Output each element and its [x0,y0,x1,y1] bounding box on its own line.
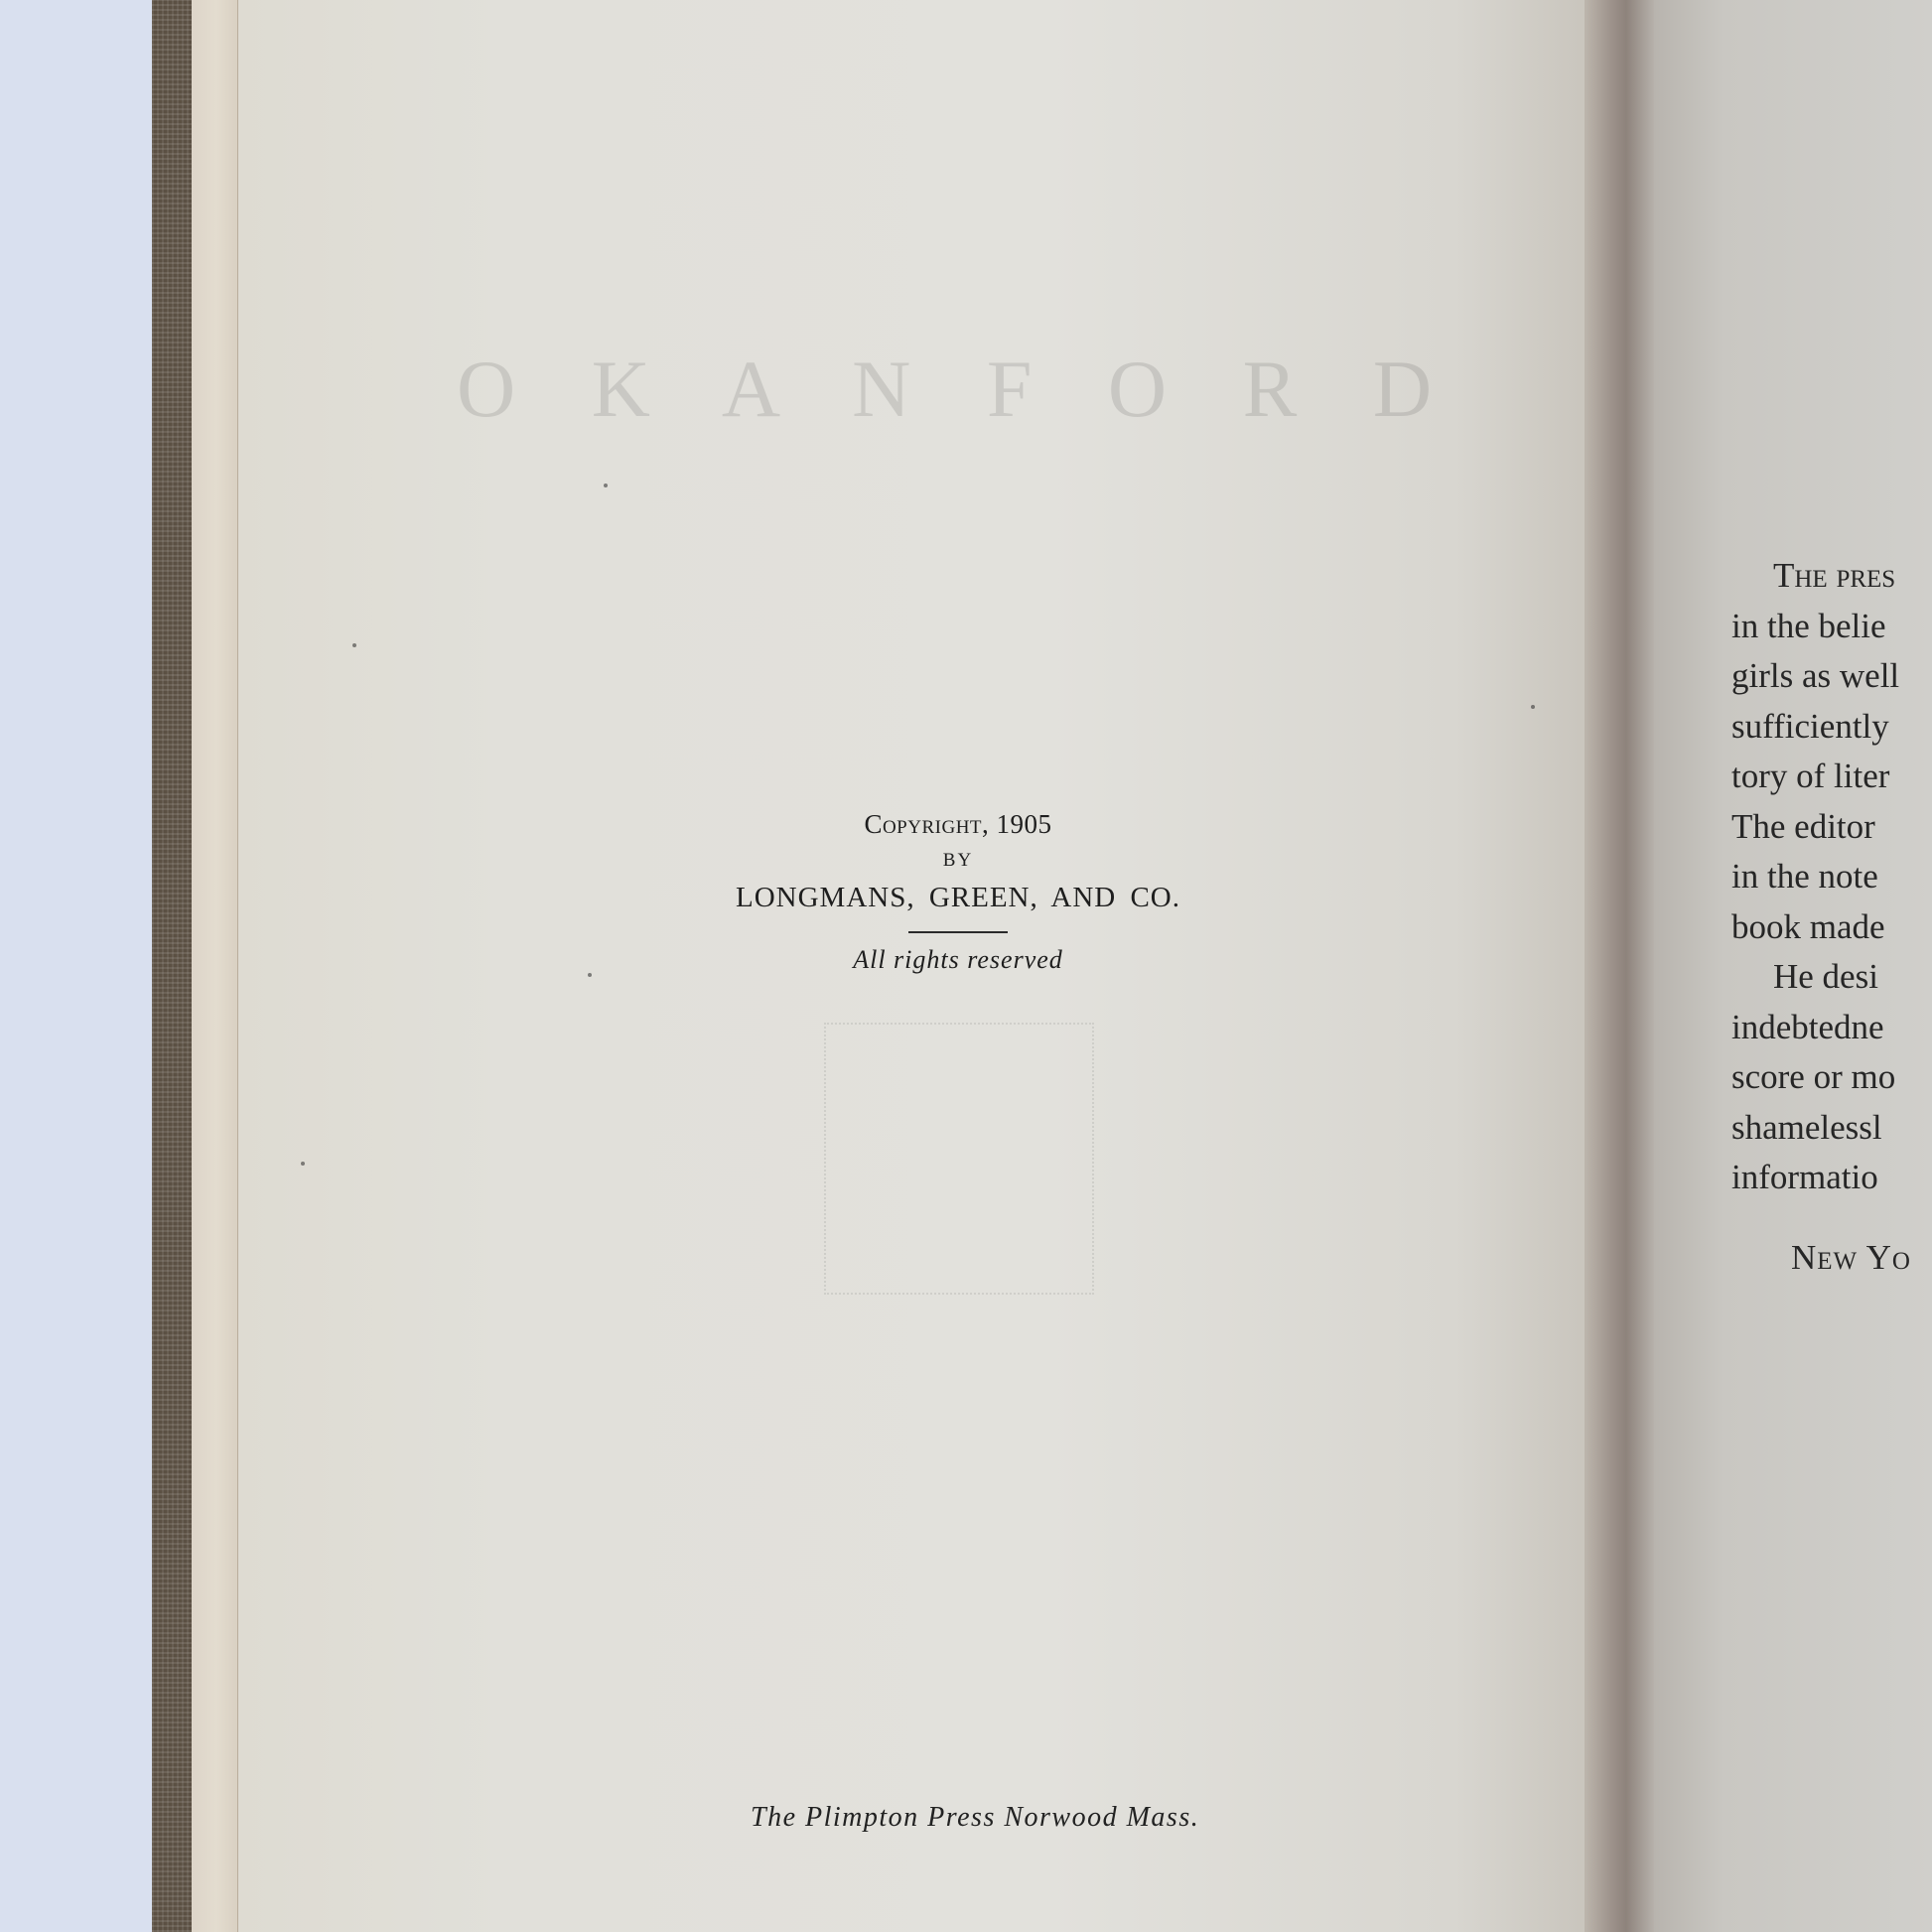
divider-rule [908,931,1008,933]
preface-text: The pres in the belie girls as well suff… [1731,551,1932,1283]
show-through-publisher-device [824,1023,1094,1295]
preface-line: sufficiently [1731,702,1932,753]
book-spine-cloth [152,0,192,1932]
copyright-block: Copyright, 1905 BY LONGMANS, GREEN, AND … [635,806,1281,975]
preface-line: informatio [1731,1153,1932,1203]
preface-line: indebtedne [1731,1003,1932,1053]
preface-line: tory of liter [1731,752,1932,802]
paper-speck [588,973,592,977]
endpaper-edge [192,0,238,1932]
rights-reserved: All rights reserved [635,945,1281,975]
preface-line: girls as well [1731,651,1932,702]
copyright-line: Copyright, 1905 [635,806,1281,842]
preface-line: He desi [1731,952,1932,1003]
paper-speck [301,1162,305,1166]
show-through-title: O K A N F O R D [457,343,1459,436]
publisher-name: LONGMANS, GREEN, AND CO. [635,878,1281,917]
paper-speck [1531,705,1535,709]
preface-signature: New Yo [1731,1233,1932,1284]
book-gutter-shadow [1585,0,1654,1932]
preface-line: book made [1731,902,1932,953]
preface-line: The pres [1731,551,1932,602]
paper-speck [604,483,608,487]
by-line: BY [635,844,1281,878]
preface-line: in the belie [1731,602,1932,652]
preface-line: in the note [1731,852,1932,902]
preface-line: score or mo [1731,1052,1932,1103]
preface-line: The editor [1731,802,1932,853]
paper-speck [352,643,356,647]
printer-imprint: The Plimpton Press Norwood Mass. [751,1802,1199,1834]
preface-line: shamelessl [1731,1103,1932,1154]
